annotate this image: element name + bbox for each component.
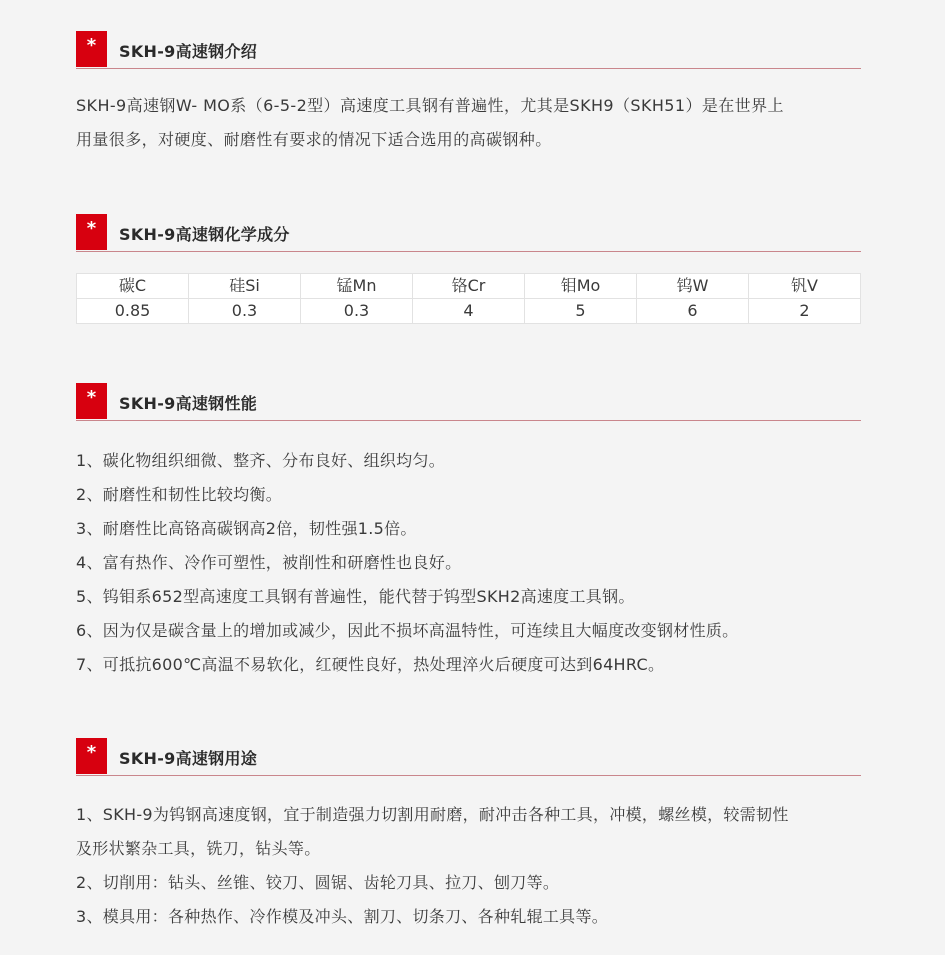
table-header-cell: 钨W	[637, 274, 749, 299]
list-item: 2、耐磨性和韧性比较均衡。	[76, 478, 861, 512]
table-cell: 4	[413, 299, 525, 324]
list-item: 6、因为仅是碳含量上的增加或减少，因此不损坏高温特性，可连续且大幅度改变钢材性质…	[76, 614, 861, 648]
list-item: 7、可抵抗600℃高温不易软化，红硬性良好，热处理淬火后硬度可达到64HRC。	[76, 648, 861, 682]
table-cell: 2	[749, 299, 861, 324]
section-title: SKH-9高速钢化学成分	[119, 222, 290, 245]
section-title: SKH-9高速钢介绍	[119, 39, 257, 62]
table-header-row: 碳C 硅Si 锰Mn 铬Cr 钼Mo 钨W 钒V	[77, 274, 861, 299]
section-usage: * SKH-9高速钢用途	[76, 738, 861, 776]
section-intro: * SKH-9高速钢介绍	[76, 31, 861, 69]
list-item: 4、富有热作、冷作可塑性，被削性和研磨性也良好。	[76, 546, 861, 580]
table-cell: 0.3	[301, 299, 413, 324]
section-composition: * SKH-9高速钢化学成分	[76, 214, 861, 252]
asterisk-icon: *	[76, 383, 107, 419]
list-item: 1、碳化物组织细微、整齐、分布良好、组织均匀。	[76, 444, 861, 478]
section-header-composition: * SKH-9高速钢化学成分	[76, 214, 861, 252]
table-header-cell: 钼Mo	[525, 274, 637, 299]
table-cell: 6	[637, 299, 749, 324]
section-performance: * SKH-9高速钢性能	[76, 383, 861, 421]
composition-table-wrap: 碳C 硅Si 锰Mn 铬Cr 钼Mo 钨W 钒V 0.85 0.3 0.3 4 …	[76, 273, 861, 324]
table-row: 0.85 0.3 0.3 4 5 6 2	[77, 299, 861, 324]
list-item: 1、SKH-9为钨钢高速度钢，宜于制造强力切割用耐磨，耐冲击各种工具，冲模，螺丝…	[76, 798, 861, 832]
asterisk-icon: *	[76, 738, 107, 774]
performance-list: 1、碳化物组织细微、整齐、分布良好、组织均匀。 2、耐磨性和韧性比较均衡。 3、…	[76, 444, 861, 682]
intro-line: 用量很多，对硬度、耐磨性有要求的情况下适合选用的高碳钢种。	[76, 123, 861, 157]
section-header-usage: * SKH-9高速钢用途	[76, 738, 861, 776]
usage-list: 1、SKH-9为钨钢高速度钢，宜于制造强力切割用耐磨，耐冲击各种工具，冲模，螺丝…	[76, 798, 861, 934]
table-header-cell: 硅Si	[189, 274, 301, 299]
table-cell: 0.3	[189, 299, 301, 324]
section-title: SKH-9高速钢性能	[119, 391, 257, 414]
list-item: 2、切削用：钻头、丝锥、铰刀、圆锯、齿轮刀具、拉刀、刨刀等。	[76, 866, 861, 900]
list-item: 3、耐磨性比高铬高碳钢高2倍，韧性强1.5倍。	[76, 512, 861, 546]
table-header-cell: 锰Mn	[301, 274, 413, 299]
section-header-intro: * SKH-9高速钢介绍	[76, 31, 861, 69]
composition-table: 碳C 硅Si 锰Mn 铬Cr 钼Mo 钨W 钒V 0.85 0.3 0.3 4 …	[76, 273, 861, 324]
asterisk-icon: *	[76, 31, 107, 67]
section-header-performance: * SKH-9高速钢性能	[76, 383, 861, 421]
table-header-cell: 钒V	[749, 274, 861, 299]
table-header-cell: 碳C	[77, 274, 189, 299]
intro-paragraph: SKH-9高速钢W- MO系（6-5-2型）高速度工具钢有普遍性，尤其是SKH9…	[76, 89, 861, 157]
section-title: SKH-9高速钢用途	[119, 746, 257, 769]
table-header-cell: 铬Cr	[413, 274, 525, 299]
list-item: 5、钨钼系652型高速度工具钢有普遍性，能代替于钨型SKH2高速度工具钢。	[76, 580, 861, 614]
list-item: 及形状繁杂工具，铣刀，钻头等。	[76, 832, 861, 866]
asterisk-icon: *	[76, 214, 107, 250]
table-cell: 5	[525, 299, 637, 324]
table-cell: 0.85	[77, 299, 189, 324]
list-item: 3、模具用：各种热作、冷作模及冲头、割刀、切条刀、各种轧辊工具等。	[76, 900, 861, 934]
intro-line: SKH-9高速钢W- MO系（6-5-2型）高速度工具钢有普遍性，尤其是SKH9…	[76, 89, 861, 123]
